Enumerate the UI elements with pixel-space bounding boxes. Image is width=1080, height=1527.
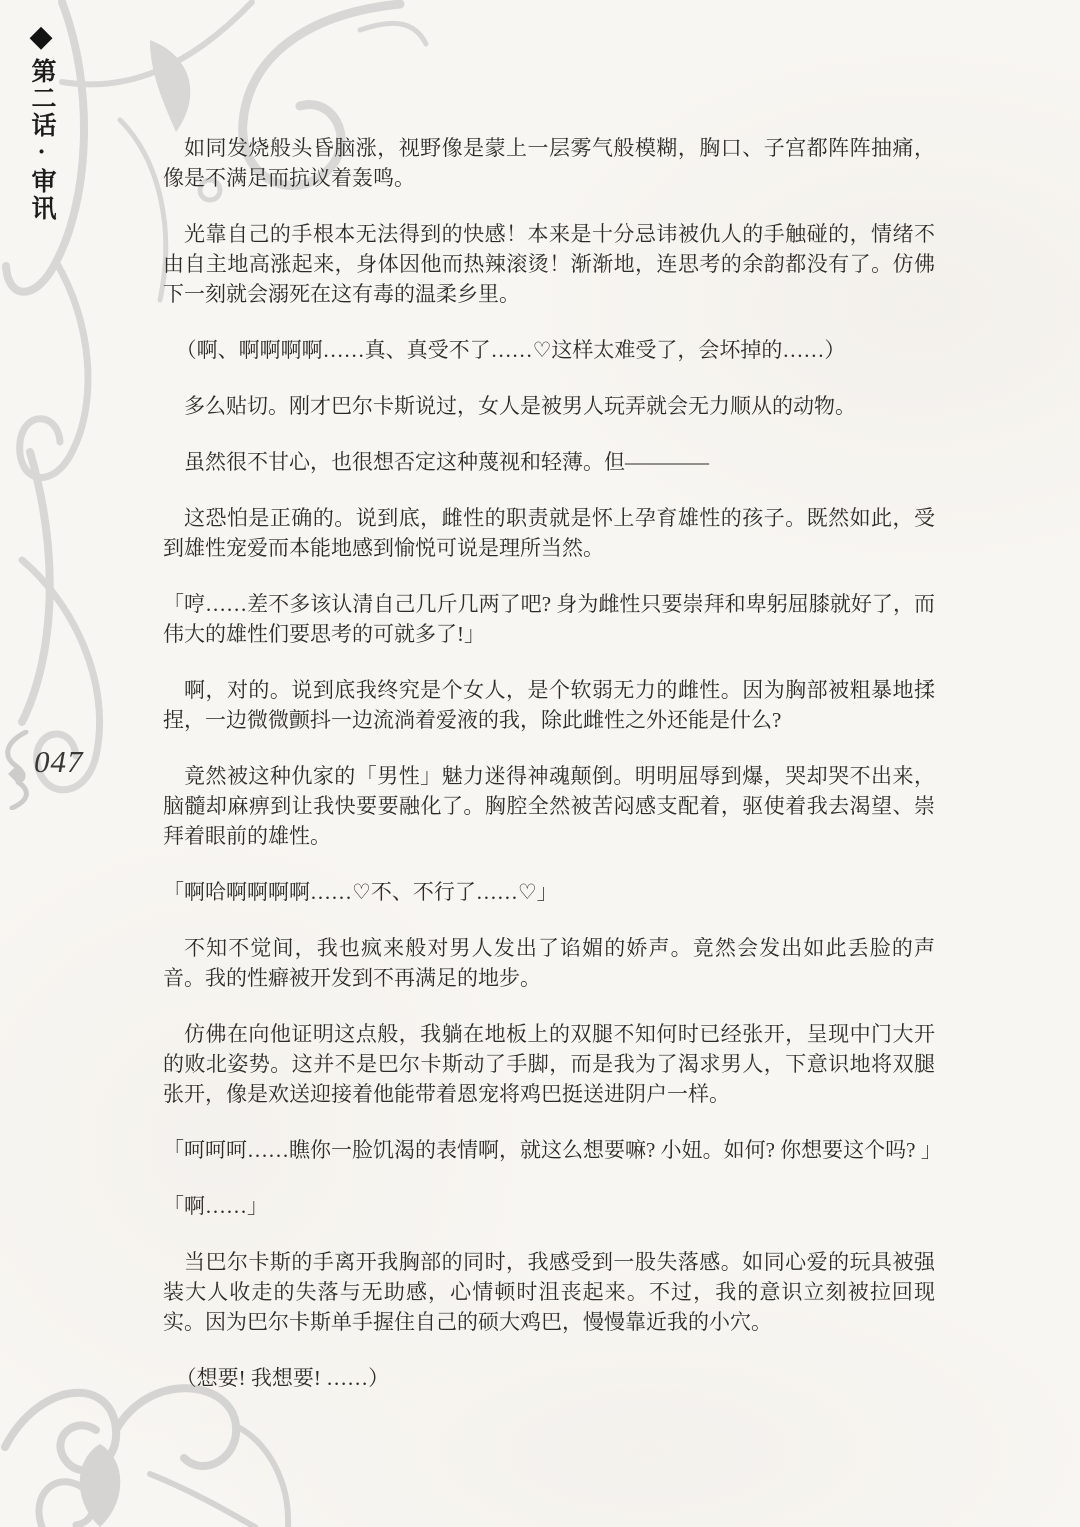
paragraph-thought: （啊、啊啊啊啊……真、真受不了……♡这样太难受了，会坏掉的……） (163, 335, 935, 365)
book-page: ◆ 第二话·审讯 047 如同发烧般头昏脑涨，视野像是蒙上一层雾气般模糊，胸口、… (0, 0, 1080, 1527)
paragraph-narrative: 光靠自己的手根本无法得到的快感！本来是十分忌讳被仇人的手触碰的，情绪不由自主地高… (163, 219, 935, 309)
paragraph-dialogue: 「哼……差不多该认清自己几斤几两了吧? 身为雌性只要崇拜和卑躬屈膝就好了，而伟大… (163, 589, 935, 649)
paragraph-narrative: 虽然很不甘心，也很想否定这种蔑视和轻薄。但———— (163, 447, 935, 477)
flourish-ornament-page-number (0, 730, 34, 810)
paragraph-narrative: 竟然被这种仇家的「男性」魅力迷得神魂颠倒。明明屈辱到爆，哭却哭不出来，脑髓却麻痹… (163, 761, 935, 851)
paragraph-narrative: 这恐怕是正确的。说到底，雌性的职责就是怀上孕育雄性的孩子。既然如此，受到雄性宠爱… (163, 503, 935, 563)
paragraph-dialogue: 「啊哈啊啊啊啊……♡不、不行了……♡」 (163, 877, 935, 907)
page-number-block: 047 (0, 728, 120, 812)
paragraph-narrative: 多么贴切。刚才巴尔卡斯说过，女人是被男人玩弄就会无力顺从的动物。 (163, 391, 935, 421)
chapter-sidebar: ◆ 第二话·审讯 (24, 22, 58, 222)
paragraph-thought: （想要! 我想要! ……） (163, 1363, 935, 1393)
diamond-icon: ◆ (29, 22, 52, 52)
chapter-title: 第二话·审讯 (23, 58, 59, 222)
paragraph-dialogue: 「啊……」 (163, 1191, 935, 1221)
paragraph-narrative: 仿佛在向他证明这点般，我躺在地板上的双腿不知何时已经张开，呈现中门大开的败北姿势… (163, 1019, 935, 1109)
body-text: 如同发烧般头昏脑涨，视野像是蒙上一层雾气般模糊，胸口、子宫都阵阵抽痛，像是不满足… (0, 0, 1080, 1419)
paragraph-dialogue: 「呵呵呵……瞧你一脸饥渴的表情啊，就这么想要嘛? 小妞。如何? 你想要这个吗? … (163, 1135, 935, 1165)
paragraph-narrative: 不知不觉间，我也疯来般对男人发出了谄媚的娇声。竟然会发出如此丢脸的声音。我的性癖… (163, 933, 935, 993)
paragraph-narrative: 啊，对的。说到底我终究是个女人，是个软弱无力的雌性。因为胸部被粗暴地揉捏，一边微… (163, 675, 935, 735)
page-number: 047 (34, 744, 84, 780)
paragraph-narrative: 如同发烧般头昏脑涨，视野像是蒙上一层雾气般模糊，胸口、子宫都阵阵抽痛，像是不满足… (163, 133, 935, 193)
paragraph-narrative: 当巴尔卡斯的手离开我胸部的同时，我感受到一股失落感。如同心爱的玩具被强装大人收走… (163, 1247, 935, 1337)
